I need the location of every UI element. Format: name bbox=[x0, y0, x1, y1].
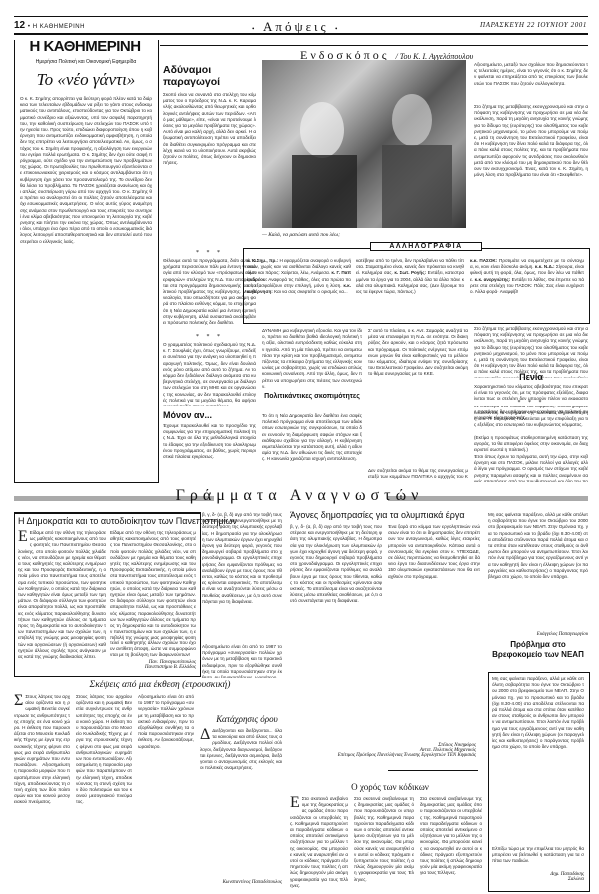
dropcap: Ε bbox=[290, 796, 300, 810]
right-body-2b: Στο ζήτημα της μεταβίβασης εκσυγχρονισμο… bbox=[474, 326, 588, 378]
right-body-6: Έτσι όπως έχουν τα πράγματα, αυτή την ώρ… bbox=[474, 454, 588, 482]
correspondence-col-2: κατέβηκε από το τρένο, δεν προλαβαίνει ν… bbox=[356, 258, 464, 320]
bullet: • bbox=[28, 24, 31, 30]
mid-body-2: Το ότι η Νέα Δημοκρατία δεν διαθέτει ένα… bbox=[262, 413, 362, 481]
header-top-rule bbox=[14, 16, 588, 17]
separator-stars: * * * bbox=[163, 334, 256, 340]
correspondence-title: ΑΛΛΗΛΟΓΡΑΦΙΑ bbox=[370, 242, 482, 251]
bullet: • bbox=[335, 25, 340, 33]
article-rule bbox=[388, 770, 478, 771]
correspondence-col-1: κ. Κ.Σημ., πρ.: Η εφαρμόζεται αναφορά ο … bbox=[247, 258, 351, 320]
entry-label: κ. Κ.Σημ., πρ.: bbox=[247, 258, 278, 263]
right-body-4: Αναλύοντας τα ευρήματα της τελευταίας δη… bbox=[474, 410, 588, 434]
letter-text: Διεξάγονται και διεξάγονται... όλα τα κα… bbox=[200, 728, 282, 770]
paper-name: Η ΚΑΘΗΜΕΡΙΝΗ bbox=[33, 24, 85, 30]
letter-headline-olympic: Άγονες δημοπρασίες για τα ολυμπιακά έργα bbox=[290, 510, 490, 520]
mid-body-4: Δεν συζητείται ακόμα το θέμα της συνεργα… bbox=[368, 468, 468, 481]
letters-section-title: Γράμματα Αναγνωστών bbox=[0, 487, 599, 505]
photo-figures-icon bbox=[262, 60, 466, 228]
right-subhead: Πενία bbox=[474, 372, 588, 382]
letter-body-codes-2: Στα σκοτεινά ανεβαίνουμε της δημοκρατίας… bbox=[354, 796, 414, 890]
letter-body-codes-1: ΕΣτα σκοτεινά ανεβαίνουμε της δημοκρατία… bbox=[290, 796, 348, 890]
letter-body-neap-pre: Μη σας φαίνεται παράξενο, αλλά με κάθε α… bbox=[488, 512, 588, 632]
photo-caption: — Καλά, να ματώσει αυτά που λέω; bbox=[262, 232, 340, 238]
letter-text: Είδαμε από την οθόνη της τηλεοράσεως μαθ… bbox=[18, 530, 106, 659]
page-number: 12 bbox=[14, 20, 25, 31]
mid-body-1: ΔΥΝΑΜΗ μια κυβερνητική εξουσία. Και για … bbox=[262, 328, 362, 388]
header-bottom-rule bbox=[14, 33, 588, 35]
letter-headline-codes: Ο χορός των κόδικων bbox=[300, 782, 480, 792]
right-body-2: Στο ζήτημα της μεταβίβασης εκσυγχρονισμο… bbox=[474, 104, 588, 242]
editorial-body: Ο κ. Κ. Σημίτης απορρίπτει για δεύτερη φ… bbox=[20, 96, 152, 478]
mid-subhead: Πολιτικάντικες σκοπιμότητες bbox=[262, 392, 362, 401]
masthead-subtitle: Ημερήσια Πολιτική και Οικονομική Εφημερί… bbox=[20, 59, 152, 65]
entry-label: κ.κ. Ν.Δ.: bbox=[535, 264, 555, 269]
correspondence-col-3: κ.κ. ΠΑΣΟΚ: Προτιμάτε να συμμετέχετε με … bbox=[470, 258, 584, 320]
entry-text: Και να σας σκεφτείτε ο ορισμός να... bbox=[274, 289, 348, 294]
letter-headline-neap: Πρόβλημα στο Βρεφοκομείο των ΝΕΑΠ bbox=[488, 640, 588, 660]
section-name: Απόψεις bbox=[263, 19, 329, 34]
letter-signature-democracy: Παν. Παναγιωτόπουλος Πανεπιστήμιο Β. Ελλ… bbox=[110, 660, 196, 670]
editorial-title: Το «νέο γάντι» bbox=[20, 70, 152, 90]
letter-signature-neap-prev: Ευάγγελος Παπαγεωργίου bbox=[488, 632, 588, 637]
entry-label: κ.κ. ΠΑΣΟΚ: bbox=[470, 258, 497, 263]
letter-body-democracy-3: τελεί ο καθηγητής άλλων σχολών που έχουν… bbox=[110, 640, 196, 658]
letter-body-olympic-pre: β, γ, δ- (α, β, δ) αγρ από την τοιβή του… bbox=[202, 512, 282, 708]
bullet: • bbox=[252, 25, 257, 33]
signature-place: Σαλώνα bbox=[492, 877, 584, 882]
letter-body-etruscan-2: Στους λάτρεις του αρχαίου ορίζοντα και η… bbox=[76, 694, 132, 890]
letter-body-neap-2: Ελπίζω τώρα με την επιμέλεια του μητρός … bbox=[492, 846, 584, 872]
entry-label: κ.κ. ανεργιώτης: bbox=[475, 277, 511, 282]
letter-signature-olympic: Στέλιος Νικηφόρος Αντιπ. Πολιτικός Μηχαν… bbox=[330, 743, 476, 758]
letter-body-etruscan-1: ΣΣτους λάτρεις του αρχαίου ορίζοντα και … bbox=[14, 694, 70, 890]
dropcap: Σ bbox=[14, 694, 23, 708]
letter-body-codes-3: Στα σκοτεινά ανεβαίνουμε της δημοκρατίας… bbox=[420, 796, 482, 890]
page-folio: 12 • Η ΚΑΘΗΜΕΡΙΝΗ bbox=[14, 20, 85, 31]
column-headline: Αδύναμοι παραγωγοί bbox=[163, 64, 253, 88]
letter-signature-abuse: Κωνσταντίνος Παπαδόπουλος bbox=[200, 880, 282, 885]
letter-body-democracy-2: Είδαμε από την οθόνη της τηλεοράσεως μαθ… bbox=[110, 530, 196, 640]
letter-body-abuse: ΔΔιεξάγονται και διεξάγονται... όλα τα κ… bbox=[200, 728, 282, 890]
column-rule bbox=[160, 45, 588, 46]
column-subhead: Μόνον αν... bbox=[163, 410, 212, 420]
dropcap: Ε bbox=[18, 530, 28, 544]
signature-place: Πανεπιστήμιο Β. Ελλάδος bbox=[110, 665, 196, 670]
letter-headline-etruscan: Σκέψεις από μια έκθεση (ετρουσκική) bbox=[60, 680, 260, 690]
letter-body-olympic-2: Ένα ξαρά στο κόμμα των εργοληπτικών ενώσ… bbox=[388, 524, 480, 724]
news-photo bbox=[262, 60, 466, 228]
column-body-3: Ο γραμματέας πολιτικού σχεδιασμού της Ν.… bbox=[163, 342, 256, 406]
signature-org: Επίτιμος Πρόεδρος Πανελλήνιας Ένωσης Εργ… bbox=[330, 753, 476, 758]
signature-name: Κωνσταντίνος Παπαδόπουλος bbox=[223, 880, 282, 885]
letter-body-democracy: ΕΕίδαμε από την οθόνη της τηλεοράσεως μα… bbox=[18, 530, 106, 670]
entry-label: κ. Σωτ. Ρογής: bbox=[394, 270, 426, 275]
letter-body-etruscan-end: Αξιοσημείωτο είναι ότι από το 1987 το πρ… bbox=[202, 644, 282, 678]
column-body-4: Έχουμε παρακολουθεί και το προσχέδιο της… bbox=[163, 423, 256, 481]
letter-text: Στους λάτρεις του αρχαίου ορίζοντα και η… bbox=[14, 694, 70, 804]
letter-signature-neap: Δημ. Παπαδάκης Σαλώνα bbox=[492, 872, 584, 882]
right-body-1: Αξιοσημείωτο, μεταξύ των σχολίων που δημ… bbox=[474, 62, 588, 102]
letter-headline-abuse: Κατάχρησις όρου bbox=[212, 714, 282, 724]
masthead-title: Η ΚΑΘΗΜΕΡΙΝΗ bbox=[24, 38, 146, 55]
separator-stars: * * * bbox=[474, 400, 588, 406]
right-body-5: (Εκτίμα η προσφάτως σταθεροποιημένη κατά… bbox=[474, 435, 588, 453]
dropcap: Δ bbox=[200, 728, 210, 742]
letter-body-etruscan-3: Αξιοσημείωτο είναι ότι από το 1987 το πρ… bbox=[138, 694, 194, 890]
mid-body-3: Σ' αυτό το πλαίσιο, ο κ. Αντ. Σαμαράς αν… bbox=[368, 328, 468, 468]
signature-name: Ευάγγελος Παπαγεωργίου bbox=[488, 632, 588, 637]
letter-body-olympic-1: β, γ, δ- (α, β, δ) αγρ από την τοιβή του… bbox=[290, 524, 382, 724]
column-body-1: Σκοπό είναι να συναντά στα στελέχη του κ… bbox=[163, 92, 256, 248]
issue-date: ΠΑΡΑΣΚΕΥΗ 22 ΙΟΥΝΙΟΥ 2001 bbox=[480, 21, 587, 29]
letter-body-neap: Μη σας φαίνεται παράξενο, αλλά με κάθε α… bbox=[492, 676, 584, 844]
